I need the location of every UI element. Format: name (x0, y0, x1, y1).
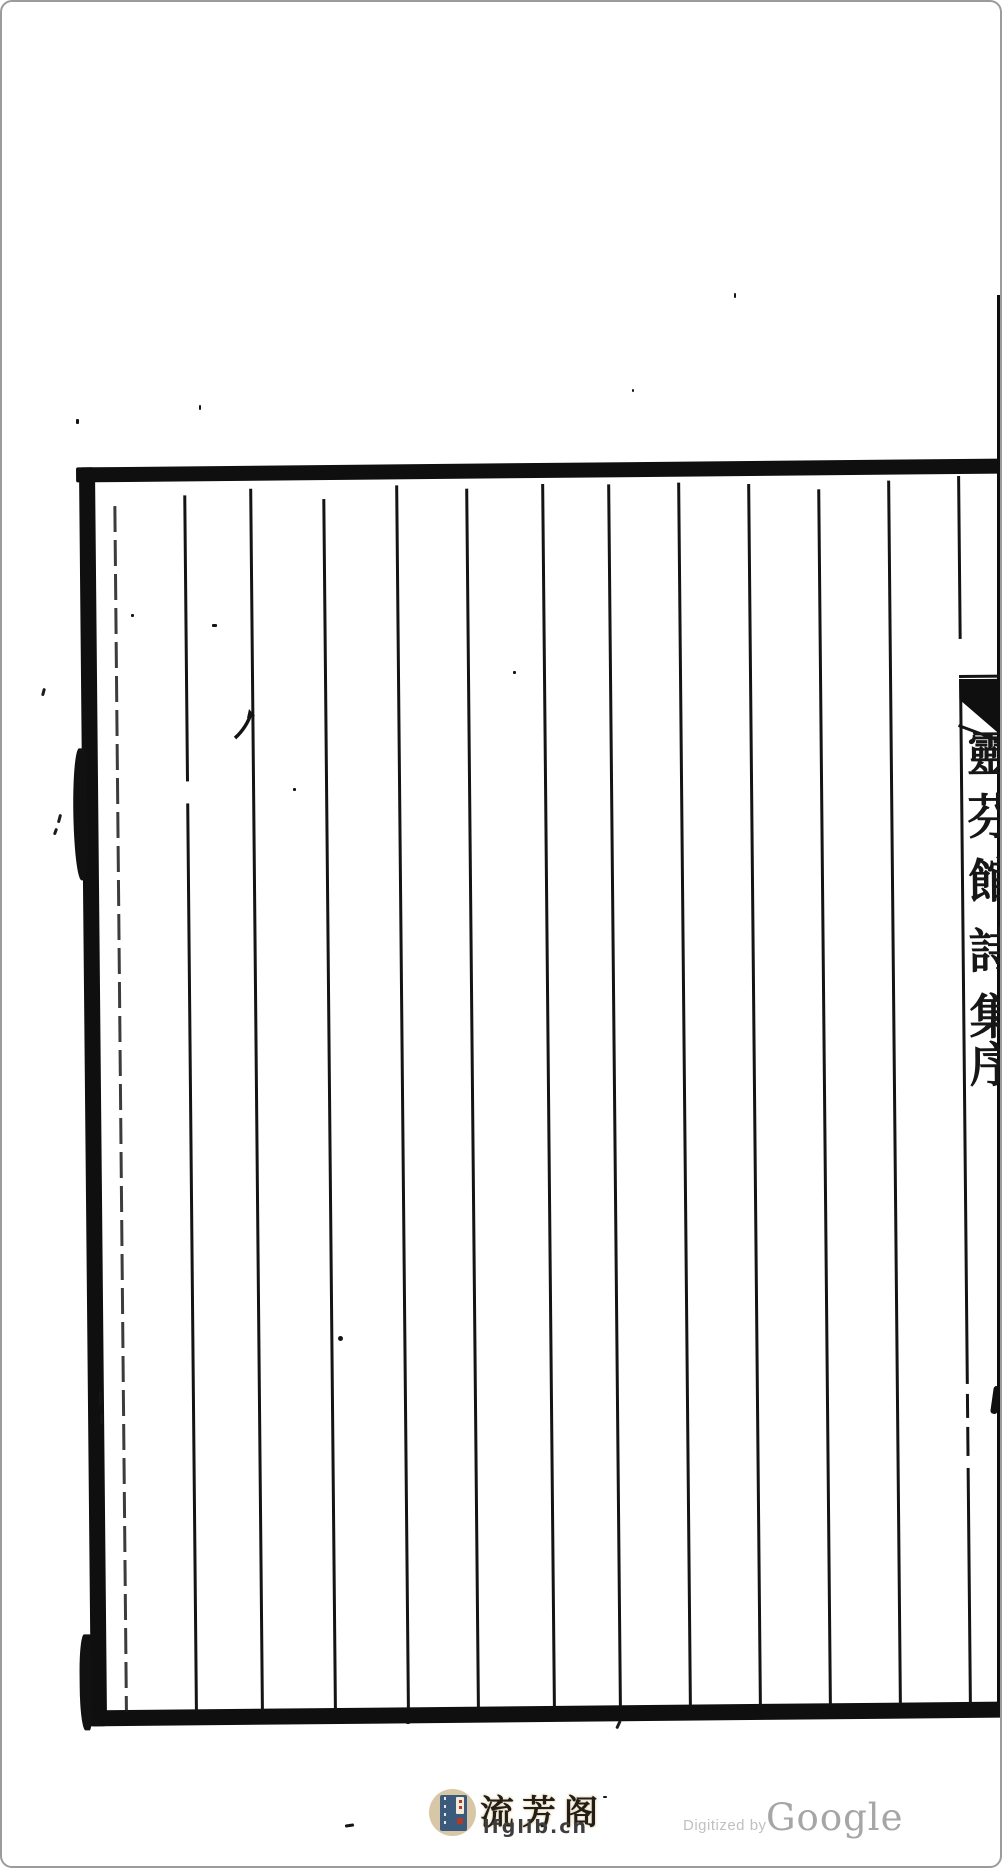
rule-break (955, 639, 965, 679)
book-seal-detail (457, 1818, 463, 1824)
ink-speck (734, 293, 736, 298)
banxin-title-char: 館 (968, 857, 1002, 905)
column-rule (887, 481, 902, 1705)
rule-break (963, 1384, 972, 1394)
ink-speck (338, 1336, 343, 1341)
banxin-title-char: 靈 (967, 730, 1002, 778)
google-logo: Google (766, 1796, 904, 1839)
ink-blotch (73, 748, 88, 880)
watermark-badge (429, 1789, 476, 1836)
column-rule (541, 484, 556, 1708)
ink-speck (513, 671, 516, 674)
ink-speck (76, 419, 79, 424)
ink-speck (100, 1414, 103, 1424)
ink-speck (99, 1391, 102, 1405)
watermark-site-url: lfglib.cn (483, 1816, 588, 1838)
book-label-detail (456, 1797, 464, 1814)
ink-speck (131, 614, 134, 617)
book-stitch-detail (444, 1797, 446, 1829)
rule-break (182, 781, 191, 803)
column-rule (607, 484, 622, 1707)
column-rule (747, 484, 762, 1706)
ink-blotch (79, 1634, 92, 1730)
rule-break (963, 1418, 972, 1427)
banxin-title-char: 芬 (967, 793, 1002, 841)
ink-speck (632, 389, 634, 392)
frame-left-border (79, 467, 107, 1726)
column-rule (817, 489, 832, 1705)
frame-top-border (76, 458, 1002, 482)
book-label-mark (459, 1806, 462, 1809)
column-rule (249, 489, 264, 1711)
rule-break (965, 1456, 974, 1468)
column-rule (395, 485, 410, 1709)
print-frame: 靈 芬 館 詩 集 序 (0, 0, 1002, 1868)
banxin-title-char: 詩 (968, 927, 1002, 975)
column-rule (113, 506, 127, 1712)
banxin-title-char: 集 (969, 993, 1002, 1041)
column-rule (465, 489, 480, 1709)
ink-speck (212, 624, 217, 627)
hook-mark (232, 707, 258, 741)
ink-speck (293, 788, 296, 791)
column-rule (183, 495, 198, 1711)
column-rule (322, 499, 337, 1710)
book-icon (440, 1795, 467, 1831)
banxin-title-char: 序 (970, 1041, 1002, 1089)
digitized-by-label: Digitized by (683, 1817, 767, 1834)
banxin-divider (959, 674, 1002, 677)
column-rule (677, 483, 692, 1707)
page-scan: 靈 芬 館 詩 集 序 (0, 0, 1002, 1868)
ink-speck (406, 1722, 410, 1724)
frame-bottom-border (88, 1701, 1002, 1726)
book-label-mark (459, 1800, 462, 1803)
ink-speck (199, 405, 201, 410)
